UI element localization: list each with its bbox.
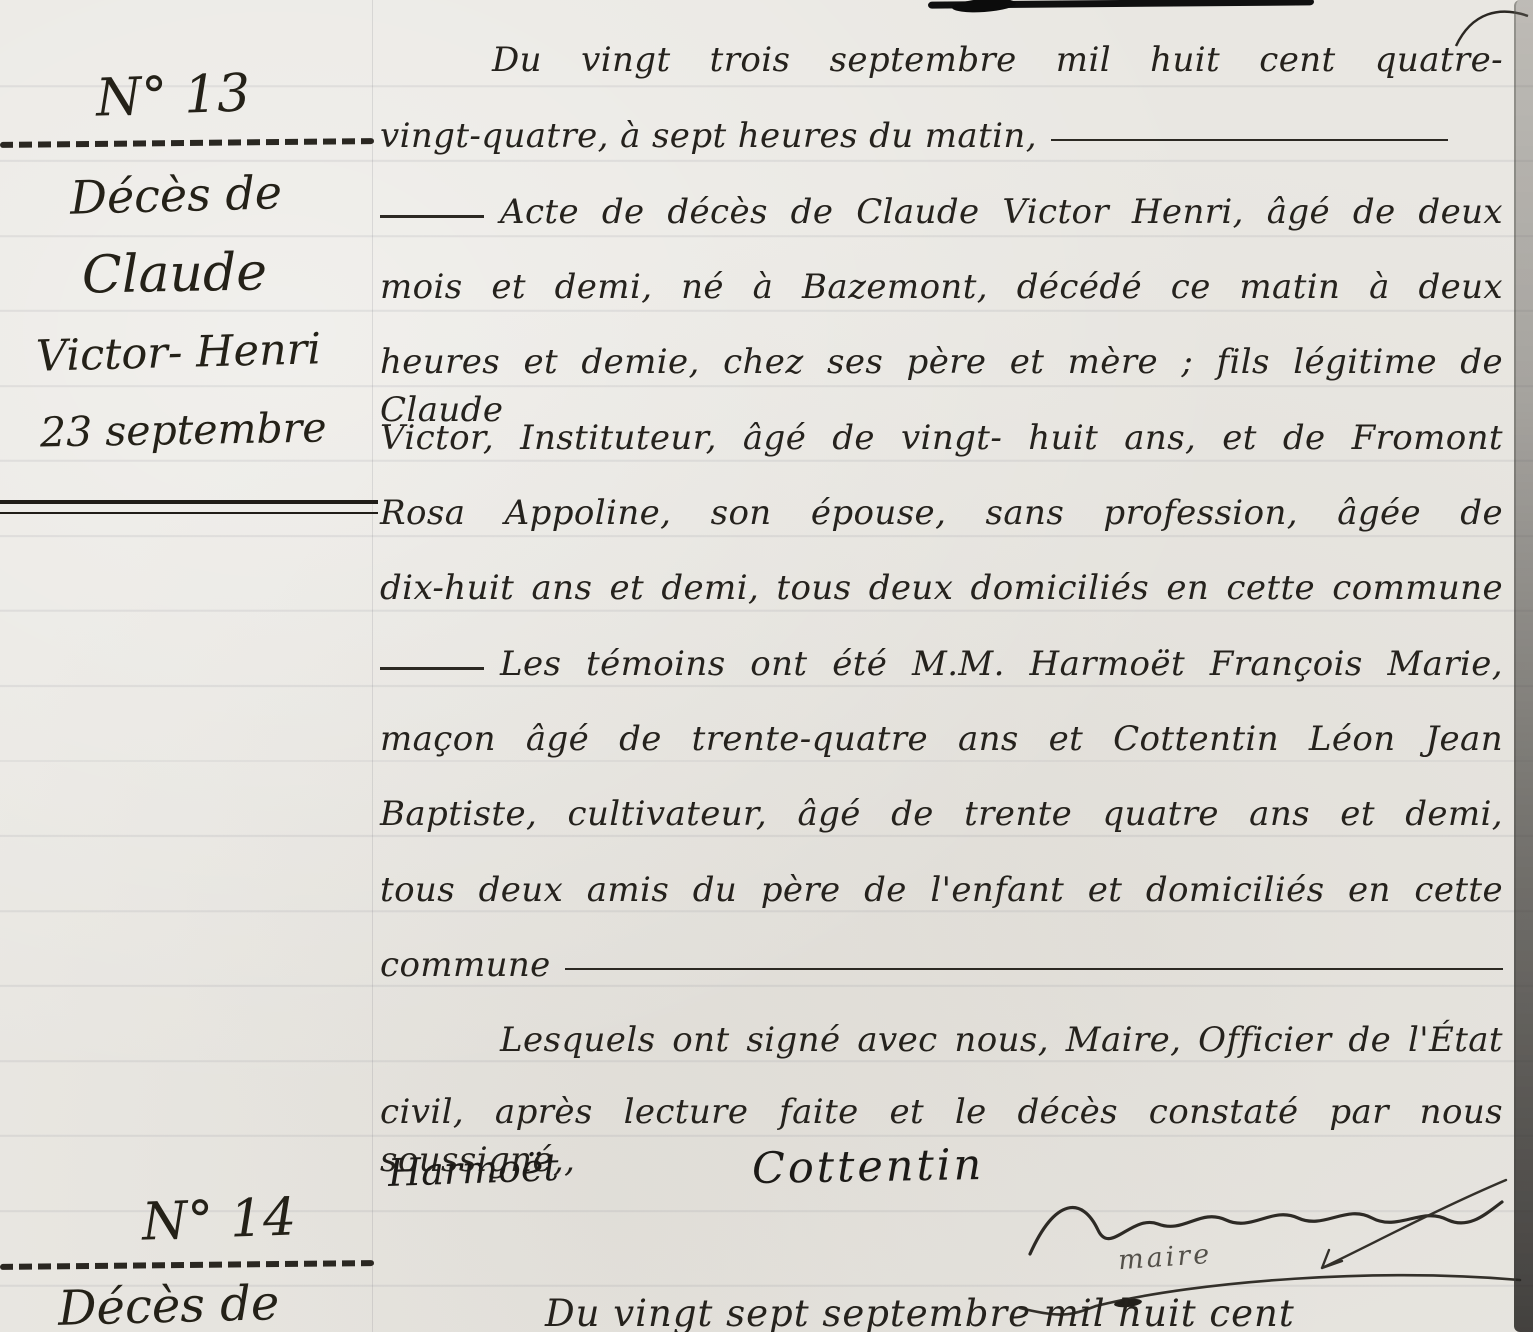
act13-line-14: Lesquels ont signé avec nous, Maire, Off… (380, 1016, 1503, 1066)
act13-line-7: Rosa Appoline, son épouse, sans professi… (380, 489, 1503, 539)
act13-line-11: Baptiste, cultivateur, âgé de trente qua… (380, 790, 1503, 840)
margin-entry13-number: N° 13 (95, 63, 251, 128)
mayor-title-word: maire (1117, 1239, 1213, 1276)
act13-line-9: Les témoins ont été M.M. Harmoët Françoi… (380, 640, 1503, 690)
register-page-scan: N° 13 Décès de Claude Victor- Henri 23 s… (0, 0, 1533, 1332)
act13-line-3: Acte de décès de Claude Victor Henri, âg… (380, 188, 1503, 238)
margin-entry14-title: Décès de (57, 1275, 280, 1332)
act13-line-10: maçon âgé de trente-quatre ans et Cotten… (380, 715, 1503, 765)
witness2-signature: Cottentin (752, 1140, 985, 1194)
act14-opening-line-partial: Du vingt sept septembre mil huit cent (545, 1292, 1295, 1332)
margin-column-rule (372, 0, 373, 1332)
line-filler-rule (1051, 139, 1448, 141)
margin-entry13-name-line1: Claude (81, 242, 267, 305)
margin-entry13-squiggle-divider (0, 138, 374, 148)
act13-line-13: commune (380, 941, 1503, 991)
act13-line-2: vingt-quatre, à sept heures du matin, (380, 112, 1503, 162)
margin-entry13-title: Décès de (69, 165, 282, 225)
act13-line-4: mois et demi, né à Bazemont, décédé ce m… (380, 263, 1503, 313)
line-lead-rule (380, 667, 484, 670)
margin-entry13-name-line2: Victor- Henri (35, 324, 321, 381)
act13-line-1: Du vingt trois septembre mil huit cent q… (380, 36, 1503, 86)
margin-entry14-squiggle-divider (0, 1260, 374, 1270)
witness1-signature: Harmoët (387, 1145, 559, 1195)
previous-act-ink-blob (952, 0, 1017, 14)
act13-line-5: heures et demie, chez ses père et mère ;… (380, 338, 1503, 388)
line-filler-rule (565, 968, 1503, 970)
act13-line-8: dix-huit ans et demi, tous deux domicili… (380, 564, 1503, 614)
act13-line-15: civil, après lecture faite et le décès c… (380, 1088, 1503, 1138)
margin-entry13-date: 23 septembre (40, 404, 327, 457)
margin-entry13-closing-double-rule (0, 500, 378, 514)
act13-line-12: tous deux amis du père de l'enfant et do… (380, 866, 1503, 916)
act13-line-6: Victor, Instituteur, âgé de vingt- huit … (380, 414, 1503, 464)
margin-entry14-number: N° 14 (141, 1187, 297, 1252)
line-lead-rule (380, 215, 484, 218)
book-gutter-shadow (1514, 0, 1533, 1332)
